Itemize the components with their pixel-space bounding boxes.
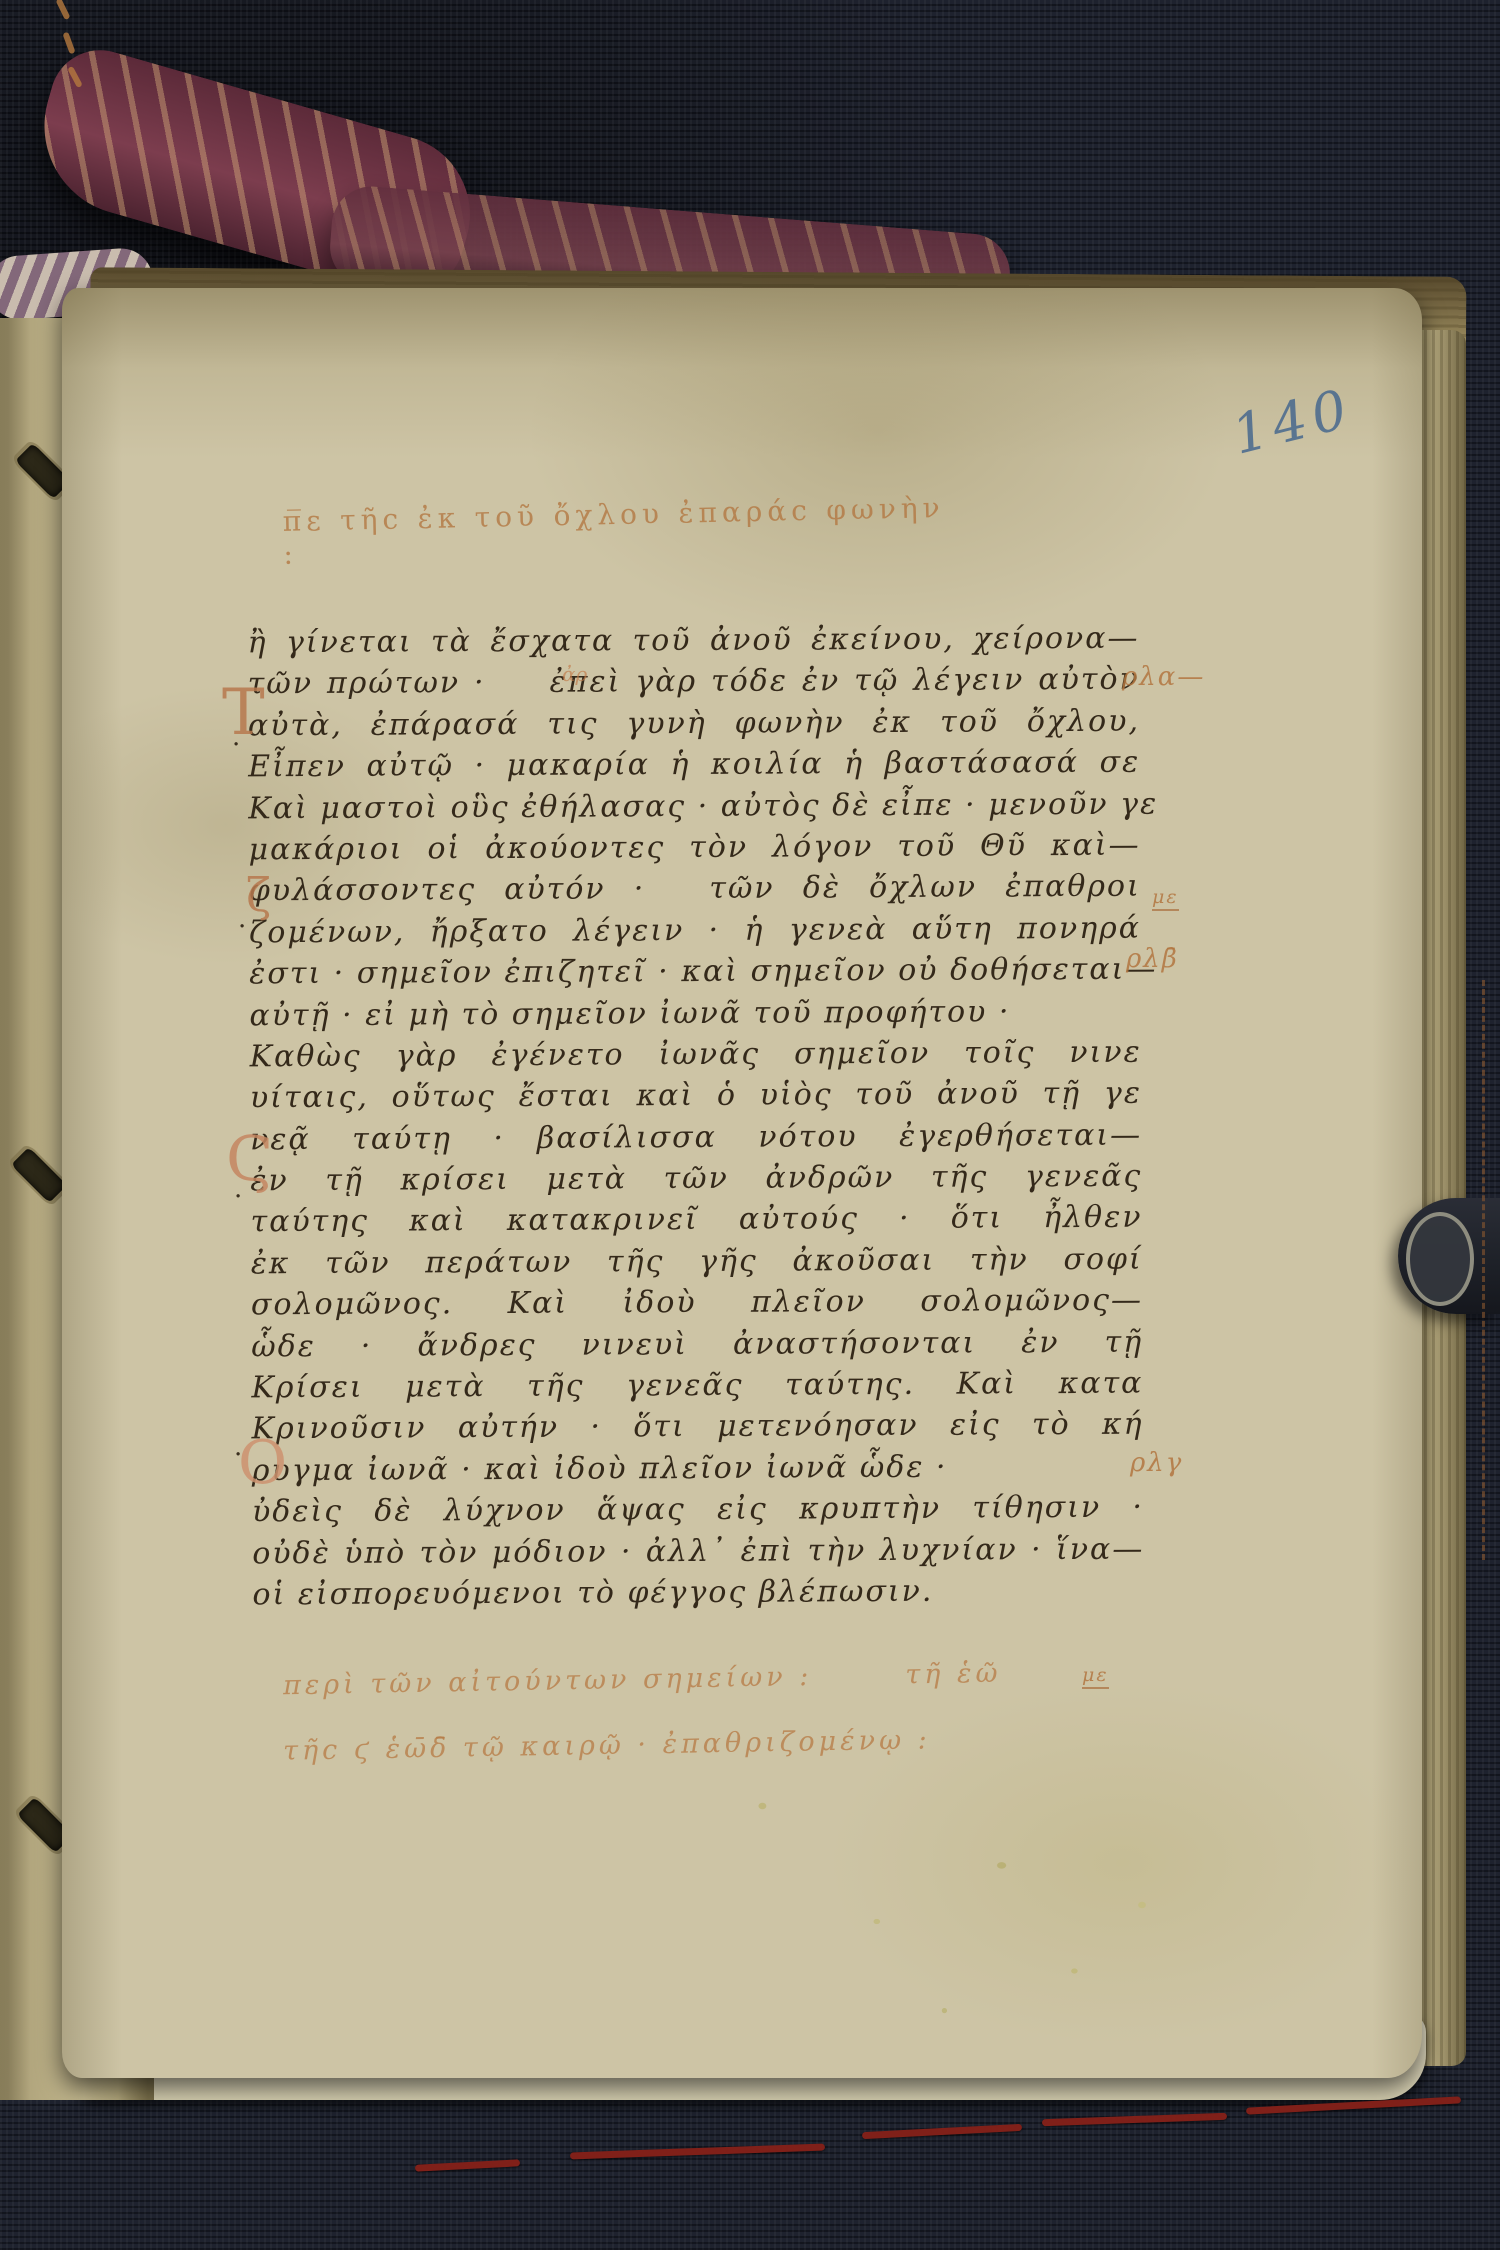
text-line: οὐδὲ ὑπὸ τὸν μόδιον · ἀλλ᾽ ἐπὶ τὴν λυχνί… [252, 1528, 1144, 1574]
text-line: ἐν τῇ κρίσει μετὰ τῶν ἀνδρῶν τῆς γενεᾶς [250, 1156, 1142, 1202]
text-line: ἐκ τῶν περάτων τῆς γῆς ἀκοῦσαι τὴν σοφί [251, 1239, 1143, 1285]
text-line: ὧδε · ἄνδρες νινευὶ ἀναστήσονται ἐν τῇ [251, 1321, 1143, 1367]
margin-initial-tau: Τ [222, 676, 265, 750]
text-line: αὐτὰ, ἐπάρασά τις γυνὴ φωνὴν ἐκ τοῦ ὄχλο… [248, 700, 1140, 746]
cover-seam [1482, 980, 1485, 1560]
main-text-block: ἢ γίνεται τὰ ἔσχατα τοῦ ἀνοῦ ἐκείνου, χε… [247, 618, 1144, 1616]
text-line: ἐστι · σημεῖον ἐπιζητεῖ · καὶ σημεῖον οὐ… [249, 949, 1141, 995]
margin-chapter-number-131: ρλα— [1122, 662, 1205, 692]
text-line: Εἶπεν αὐτῷ · μακαρία ἡ κοιλία ἡ βαστάσασ… [248, 742, 1140, 788]
margin-initial-zeta: ζ [246, 868, 271, 922]
text-line: ὐδεὶς δὲ λύχνον ἅψας εἰς κρυπτὴν τίθησιν… [252, 1487, 1144, 1533]
manuscript-photo: 140 π̅ε τῆϲ ἐκ τοῦ ὄχλου ἐπαράϲ φωνὴν : … [0, 0, 1500, 2250]
parchment-stains [700, 1740, 1220, 2070]
text-line: Καὶ μαστοὶ οὓς ἐθήλασας · αὐτὸς δὲ εἶπε … [248, 783, 1140, 829]
text-line: μακάριοι οἱ ἀκούοντες τὸν λόγον τοῦ Θῦ κ… [248, 825, 1140, 871]
text-line: Καθὼς γὰρ ἐγένετο ἰωνᾶς σημεῖον τοῖς νιν… [250, 1032, 1142, 1078]
margin-dot: · [234, 1440, 242, 1470]
text-line: ταύτης καὶ κατακρινεῖ αὐτούς · ὅτι ἦλθεν [250, 1197, 1142, 1243]
clasp-tip [1406, 1212, 1474, 1306]
text-line: Κρίσει μετὰ τῆς γενεᾶς ταύτης. Καὶ κατα [251, 1363, 1143, 1409]
text-line: ἢ γίνεται τὰ ἔσχατα τοῦ ἀνοῦ ἐκείνου, χε… [247, 618, 1139, 664]
interlinear-red-note: ἀρ [562, 662, 587, 686]
text-line: ζομένων, ἤρξατο λέγειν · ἡ γενεὰ αὕτη πο… [249, 907, 1141, 953]
margin-chapter-number-132: ρλβ̄ [1126, 944, 1179, 974]
text-line: ρυγμα ἰωνᾶ · καὶ ἰδοὺ πλεῖον ἰωνᾶ ὧδε · [252, 1445, 1144, 1491]
chapter-title-rubric: π̅ε τῆϲ ἐκ τοῦ ὄχλου ἐπαράϲ φωνὴν : [282, 491, 945, 571]
margin-dot: · [238, 912, 246, 942]
text-line: Κρινοῦσιν αὐτήν · ὅτι μετενόησαν εἰς τὸ … [252, 1404, 1144, 1450]
margin-note-me: με [1152, 886, 1179, 911]
text-line: τῶν πρώτων · ἐπεὶ γὰρ τόδε ἐν τῷ λέγειν … [248, 659, 1140, 705]
margin-chapter-number-133: ρλγ [1130, 1448, 1183, 1478]
margin-dot: · [234, 1182, 242, 1212]
text-line: σολομῶνος. Καὶ ἰδοὺ πλεῖον σολομῶνος— [251, 1280, 1143, 1326]
margin-initial-omicron: Ο [238, 1428, 287, 1498]
text-line: αὐτῇ · εἰ μὴ τὸ σημεῖον ἰωνᾶ τοῦ προφήτο… [249, 990, 1141, 1036]
text-line: φυλάσσοντες αὐτόν · τῶν δὲ ὄχλων ἐπαθροι [249, 866, 1141, 912]
text-line: οἱ εἰσπορευόμενοι τὸ φέγγος βλέπωσιν. [252, 1570, 1144, 1616]
text-line: νεᾷ ταύτῃ · βασίλισσα νότου ἐγερθήσεται— [250, 1114, 1142, 1160]
text-line: υίταις, οὕτως ἔσται καὶ ὁ υἱὸς τοῦ ἀνοῦ … [250, 1073, 1142, 1119]
margin-note-me: με [1082, 1664, 1109, 1689]
margin-dot: · [232, 730, 240, 760]
